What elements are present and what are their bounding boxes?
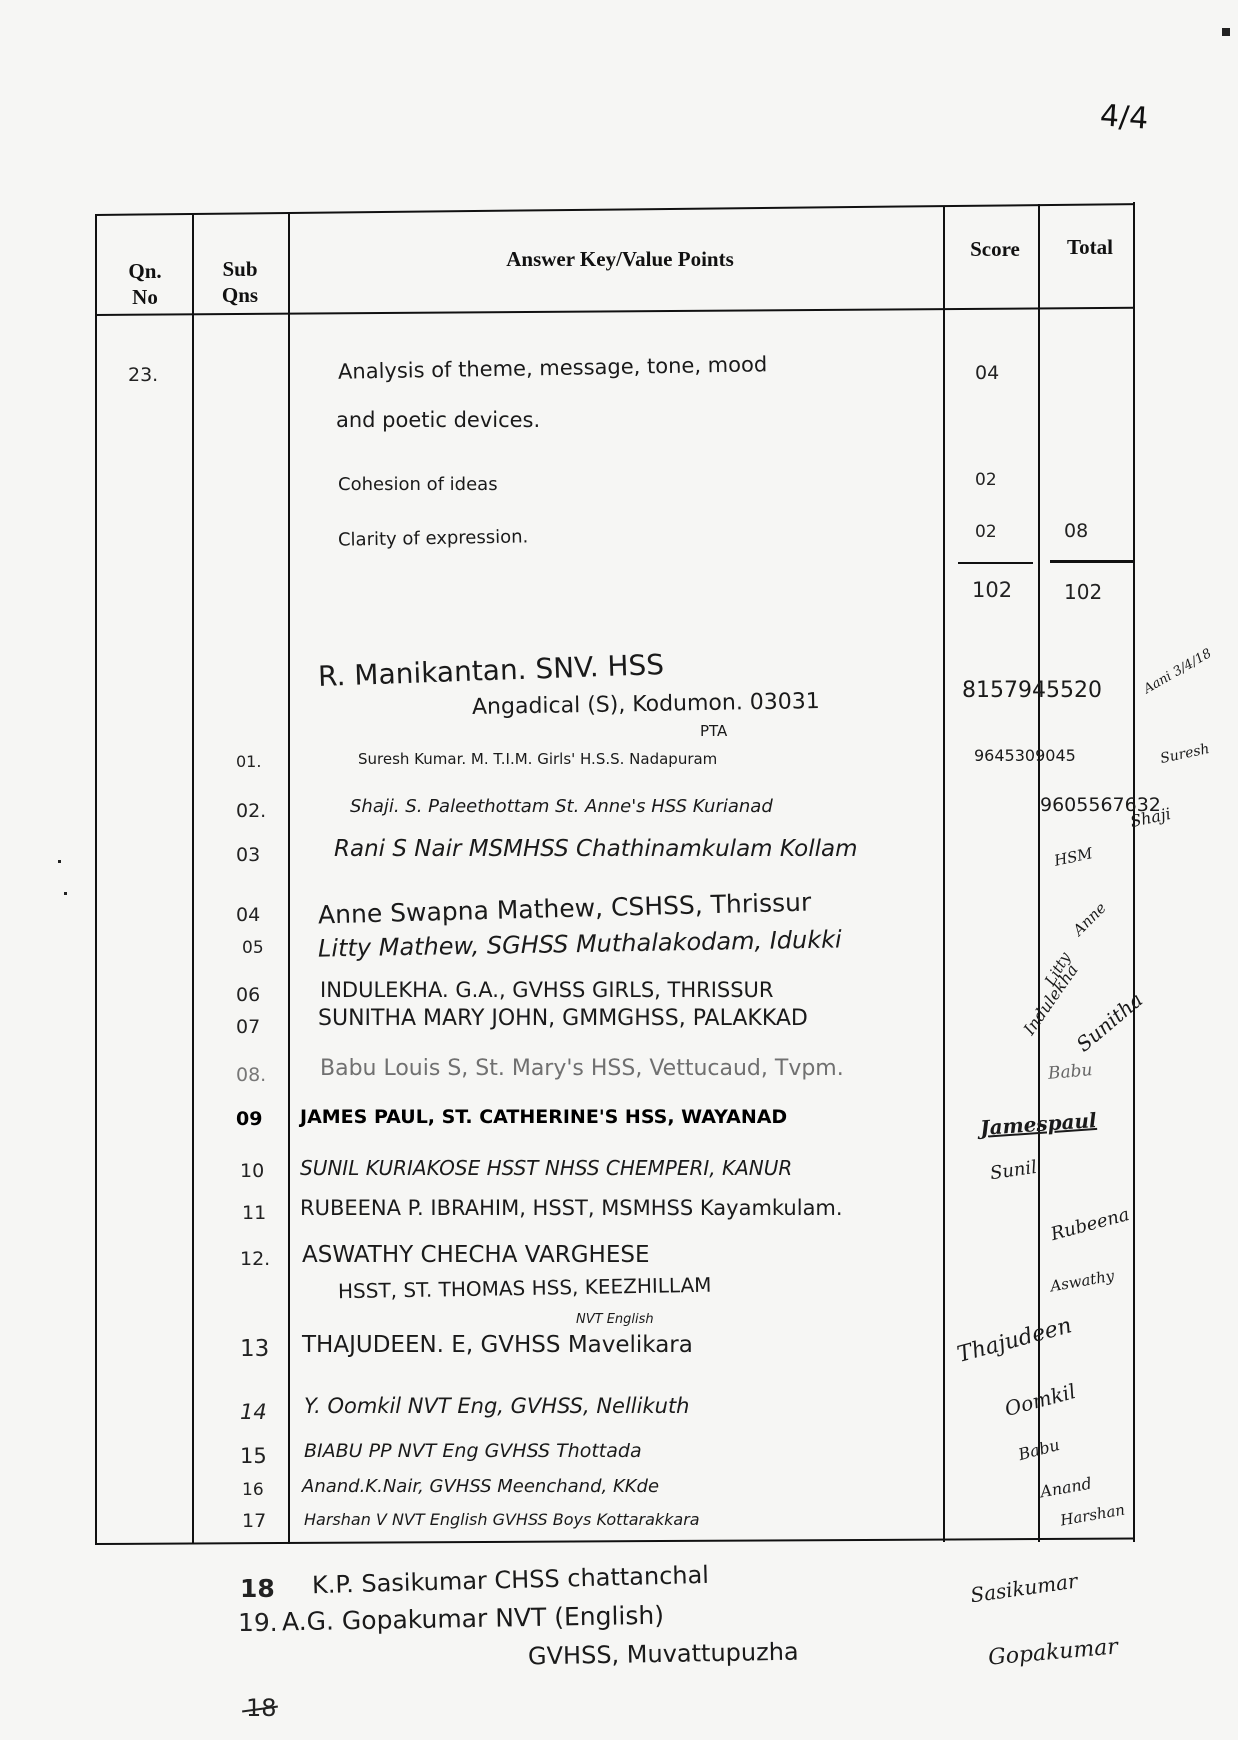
examiner-signature: Babu	[1047, 1060, 1093, 1084]
question-number: 23.	[128, 364, 158, 386]
examiner-number: 12.	[240, 1248, 270, 1270]
examiner-signature: Rubeena	[1049, 1204, 1132, 1245]
examiner-number: 05	[242, 938, 264, 958]
examiner-entry: Babu Louis S, St. Mary's HSS, Vettucaud,…	[320, 1056, 844, 1081]
scan-speck	[58, 860, 61, 863]
header-answer-key: Answer Key/Value Points	[440, 246, 800, 272]
table-border-left	[95, 214, 97, 1544]
examiner-entry: Litty Mathew, SGHSS Muthalakodam, Idukki	[318, 925, 842, 962]
header-sub-qns: Sub Qns	[210, 256, 270, 308]
examiner-entry: Shaji. S. Paleethottam St. Anne's HSS Ku…	[350, 796, 773, 817]
examiner-number: 19.	[238, 1608, 278, 1637]
examiner-entry: Suresh Kumar. M. T.I.M. Girls' H.S.S. Na…	[358, 750, 717, 768]
examiner-signature: Anand	[1039, 1474, 1093, 1502]
examiner-entry: JAMES PAUL, ST. CATHERINE'S HSS, WAYANAD	[300, 1106, 787, 1128]
examiner-number: 03	[236, 844, 260, 866]
examiner-number: 09	[236, 1108, 262, 1130]
header-qn-no: Qn. No	[120, 258, 170, 310]
examiner-number: 08.	[236, 1064, 266, 1086]
examiner-number: 04	[236, 904, 260, 926]
header-divider	[95, 307, 1135, 316]
examiner-number: 17	[242, 1510, 266, 1532]
examiner-signature: Jamespaul	[979, 1108, 1097, 1140]
examiner-entry-line2: HSST, ST. THOMAS HSS, KEEZHILLAM	[338, 1273, 712, 1304]
examiner-signature: Thajudeen	[955, 1313, 1075, 1367]
chief-examiner-signature: Aani 3/4/18	[1141, 646, 1214, 697]
examiner-entry: RUBEENA P. IBRAHIM, HSST, MSMHSS Kayamku…	[300, 1196, 843, 1220]
sum-underline	[1050, 560, 1135, 563]
col-divider-sub	[192, 214, 194, 1544]
examiner-entry: THAJUDEEN. E, GVHSS Mavelikara	[302, 1332, 693, 1358]
value-point-score: 02	[975, 522, 997, 542]
examiner-entry: A.G. Gopakumar NVT (English)	[282, 1601, 664, 1637]
examiner-signature: Anne	[1069, 899, 1109, 939]
examiner-number: 06	[236, 984, 260, 1006]
examiner-entry: Anand.K.Nair, GVHSS Meenchand, KKde	[302, 1476, 659, 1497]
examiner-entry: ASWATHY CHECHA VARGHESE	[302, 1242, 650, 1268]
grand-total-score: 102	[972, 578, 1012, 602]
examiner-phone: 9645309045	[974, 746, 1076, 765]
examiner-annotation: NVT English	[576, 1312, 654, 1327]
grand-total: 102	[1064, 580, 1102, 604]
value-point: and poetic devices.	[336, 408, 540, 432]
header-total: Total	[1050, 234, 1130, 260]
examiner-signature: Aswathy	[1049, 1267, 1116, 1296]
chief-examiner-phone: 8157945520	[962, 678, 1102, 703]
table-border-right	[1133, 202, 1135, 1542]
examiner-signature: HSM	[1053, 844, 1095, 870]
examiner-number: 07	[236, 1016, 260, 1038]
examiner-entry-line2: GVHSS, Muvattupuzha	[528, 1638, 799, 1671]
table-border-top	[95, 203, 1135, 216]
examiner-entry: Anne Swapna Mathew, CSHSS, Thrissur	[318, 888, 812, 930]
examiner-number: 15	[240, 1444, 267, 1468]
examiner-entry: SUNIL KURIAKOSE HSST NHSS CHEMPERI, KANU…	[300, 1156, 792, 1180]
examiner-number: 13	[240, 1336, 269, 1362]
examiner-signature: Sunil	[989, 1157, 1038, 1184]
examiner-signature: Oomkil	[1002, 1379, 1078, 1421]
col-divider-answer	[288, 212, 290, 1544]
chief-examiner-district: PTA	[700, 722, 727, 740]
examiner-entry: SUNITHA MARY JOHN, GMMGHSS, PALAKKAD	[318, 1006, 808, 1031]
value-point-score: 02	[975, 470, 997, 490]
value-point: Clarity of expression.	[338, 526, 529, 550]
sum-underline	[958, 562, 1033, 564]
value-point: Analysis of theme, message, tone, mood	[338, 352, 768, 383]
header-score: Score	[955, 236, 1035, 262]
question-total: 08	[1064, 520, 1088, 542]
examiner-number: 18	[240, 1574, 275, 1603]
examiner-number: 16	[242, 1480, 264, 1500]
examiner-entry: K.P. Sasikumar CHSS chattanchal	[312, 1561, 710, 1599]
value-point-score: 04	[975, 362, 999, 384]
scan-speck	[64, 892, 67, 895]
page-number-mark: 4/4	[1099, 98, 1150, 136]
examiner-entry: INDULEKHA. G.A., GVHSS GIRLS, THRISSUR	[320, 978, 774, 1002]
examiner-entry: Harshan V NVT English GVHSS Boys Kottara…	[304, 1510, 700, 1529]
examiner-number: 01.	[236, 752, 261, 771]
examiner-entry: BIABU PP NVT Eng GVHSS Thottada	[304, 1440, 642, 1462]
chief-examiner-name: R. Manikantan. SNV. HSS	[318, 648, 665, 693]
examiner-entry: Y. Oomkil NVT Eng, GVHSS, Nellikuth	[304, 1394, 690, 1418]
value-point: Cohesion of ideas	[338, 474, 498, 495]
scan-speck	[1222, 28, 1230, 36]
col-divider-score	[943, 206, 945, 1542]
examiner-number: 02.	[236, 800, 266, 822]
examiner-signature: Sunitha	[1071, 988, 1147, 1057]
examiner-entry: Rani S Nair MSMHSS Chathinamkulam Kollam	[334, 836, 858, 862]
chief-examiner-address: Angadical (S), Kodumon. 03031	[472, 689, 820, 720]
examiner-number: 14	[240, 1400, 267, 1424]
examiner-signature: Gopakumar	[987, 1634, 1119, 1670]
examiner-number: 10	[240, 1160, 264, 1182]
examiner-signature: Suresh	[1159, 741, 1211, 767]
examiner-signature: Harshan	[1059, 1500, 1126, 1529]
table-border-bottom	[95, 1538, 1135, 1545]
examiner-number: 11	[242, 1202, 266, 1224]
examiner-signature: Sasikumar	[969, 1569, 1079, 1608]
